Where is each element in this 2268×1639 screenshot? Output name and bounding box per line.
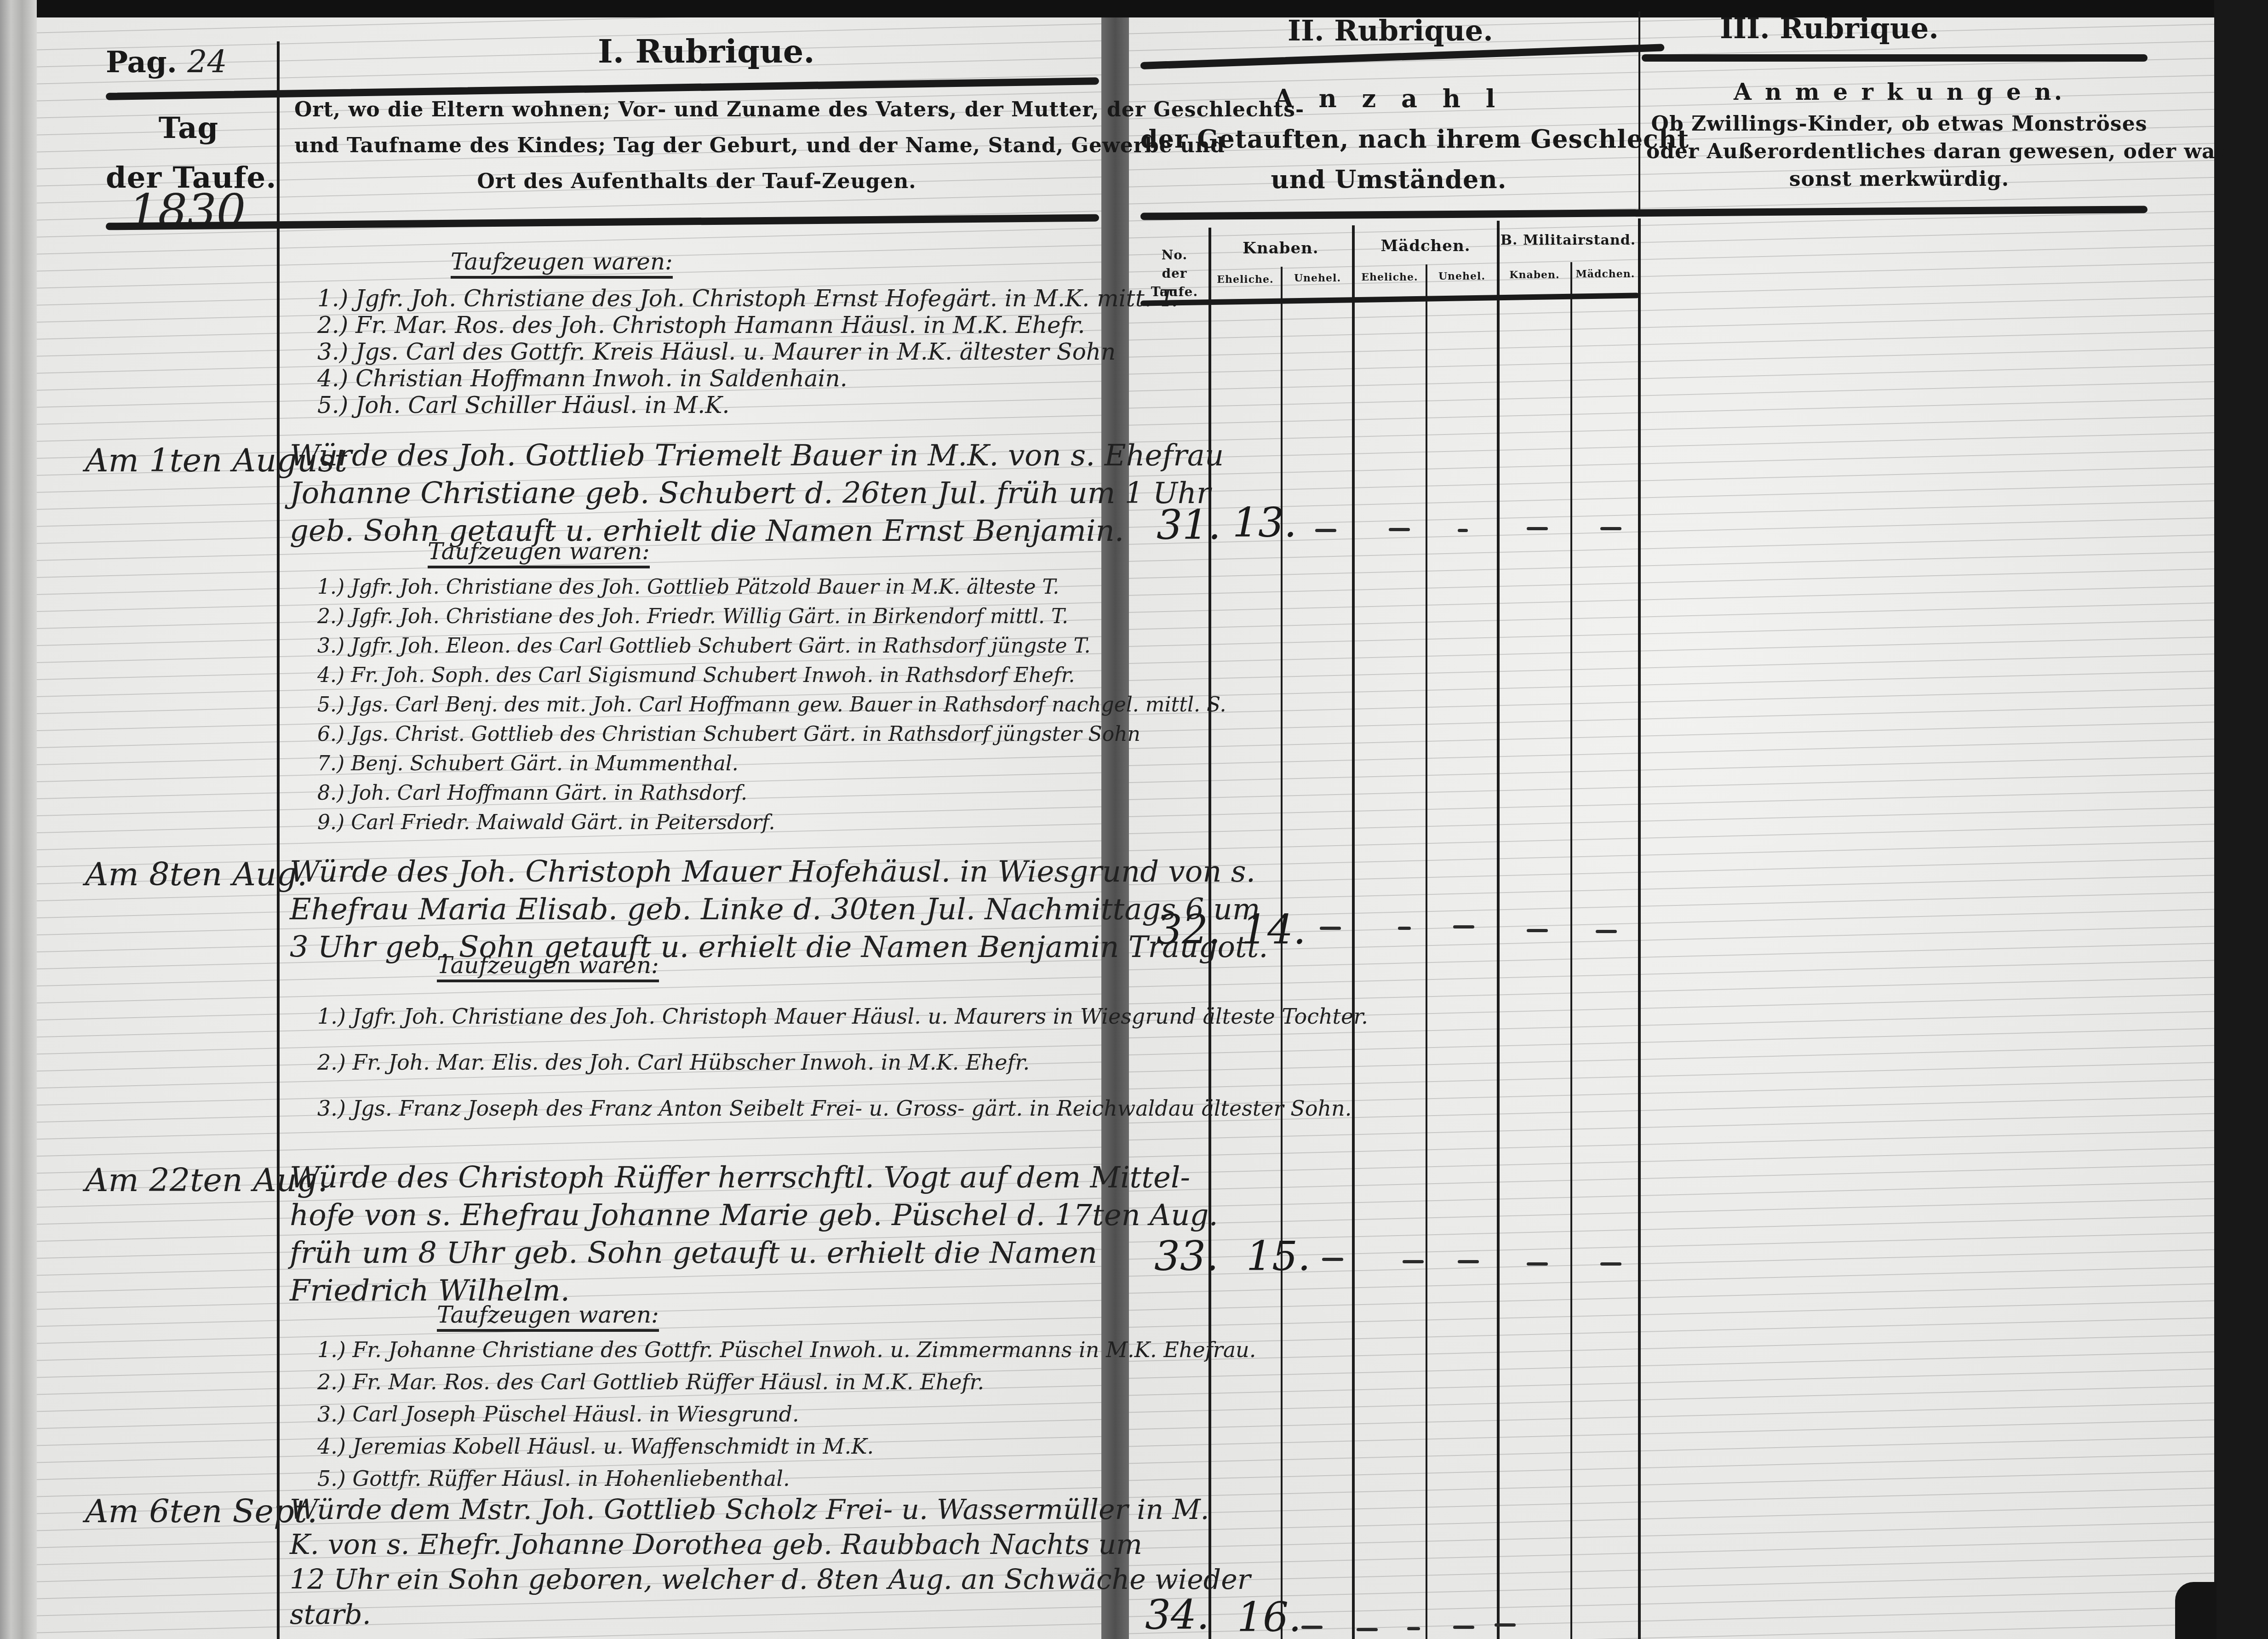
sponsor-item: 2.) Jgfr. Joh. Christiane des Joh. Fried…	[317, 602, 1226, 631]
sponsor-item: 3.) Jgs. Carl des Gottfr. Kreis Häusl. u…	[317, 338, 1178, 365]
header-line-3: Ort des Aufenthalts der Tauf-Zeugen.	[294, 164, 1099, 200]
page-damage	[2175, 1582, 2216, 1639]
empty-cell-mark	[1458, 1260, 1479, 1263]
empty-cell-mark	[1301, 1626, 1323, 1629]
baptism-number: 33.	[1154, 1232, 1219, 1280]
entry-text: Würde dem Mstr. Joh. Gottlieb Scholz Fre…	[290, 1492, 1250, 1632]
sponsor-item: 4.) Jeremias Kobell Häusl. u. Waffenschm…	[317, 1430, 1256, 1462]
empty-cell-mark	[1315, 529, 1336, 532]
sponsor-item: 8.) Joh. Carl Hoffmann Gärt. in Rathsdor…	[317, 779, 1226, 808]
empty-cell-mark	[1527, 929, 1548, 932]
sponsor-item: 1.) Jgfr. Joh. Christiane des Joh. Gottl…	[317, 573, 1226, 602]
empty-cell-mark	[1403, 1260, 1424, 1263]
empty-cell-mark	[1453, 925, 1474, 928]
sponsor-item: 5.) Jgs. Carl Benj. des mit. Joh. Carl H…	[317, 690, 1226, 720]
count-knaben-ehelich: 15.	[1246, 1232, 1311, 1280]
col-line-maedchen-split	[1426, 264, 1427, 1639]
header-knaben-eheliche: Eheliche.	[1210, 274, 1280, 286]
header-tag: Tag	[106, 103, 271, 153]
empty-cell-mark	[1398, 927, 1411, 930]
sponsor-item: 6.) Jgs. Christ. Gottlieb des Christian …	[317, 720, 1226, 749]
sponsor-item: 2.) Fr. Mar. Ros. des Joh. Christoph Ham…	[317, 312, 1178, 338]
col-line-militair-split	[1570, 262, 1572, 1639]
sponsor-item: 4.) Fr. Joh. Soph. des Carl Sigismund Sc…	[317, 661, 1226, 690]
empty-cell-mark	[1495, 1623, 1516, 1627]
sponsor-item: 4.) Christian Hoffmann Inwoh. in Saldenh…	[317, 365, 1178, 392]
sponsor-item: 3.) Carl Joseph Püschel Häusl. in Wiesgr…	[317, 1398, 1256, 1430]
empty-cell-mark	[1407, 1627, 1420, 1630]
entry-text: Würde des Christoph Rüffer herrschftl. V…	[290, 1159, 1218, 1310]
empty-cell-mark	[1600, 1262, 1621, 1266]
empty-cell-mark	[1600, 527, 1621, 530]
header-no: No.	[1140, 246, 1208, 264]
entry-line: Ehefrau Maria Elisab. geb. Linke d. 30te…	[290, 891, 1268, 928]
header-maedchen-eheliche: Eheliche.	[1355, 271, 1425, 283]
page-label: Pag. 24	[106, 44, 227, 80]
empty-cell-mark	[1527, 1262, 1548, 1266]
rubric-iii-line-3: oder Außerordentliches daran gewesen, od…	[1646, 138, 2152, 166]
baptism-number: 32.	[1157, 906, 1221, 953]
entry-line: Würde dem Mstr. Joh. Gottlieb Scholz Fre…	[290, 1492, 1250, 1527]
rubric-ii-line-3: und Umständen.	[1140, 159, 1637, 200]
sponsors-heading: Taufzeugen waren:	[428, 538, 650, 568]
col-line-militair	[1638, 218, 1641, 1639]
date-column-divider	[277, 41, 280, 1639]
rubric-i-title: I. Rubrique.	[598, 32, 815, 70]
baptism-number: 31.	[1157, 501, 1221, 549]
sponsor-list: 1.) Jgfr. Joh. Christiane des Joh. Chris…	[317, 285, 1178, 418]
scan-right-border	[2214, 0, 2268, 1639]
empty-cell-mark	[1458, 529, 1468, 532]
header-militair-knaben: Knaben.	[1499, 269, 1570, 281]
rubric-iii-line-2: Ob Zwillings-Kinder, ob etwas Monströses	[1646, 110, 2152, 138]
binding-edge	[0, 0, 37, 1639]
sponsors-heading: Taufzeugen waren:	[437, 1301, 659, 1332]
header-militair-maedchen: Mädchen.	[1573, 268, 1638, 280]
col-line-knaben	[1352, 225, 1355, 1639]
entry-date: Am 8ten Aug.	[85, 855, 307, 893]
header-taufe: Taufe.	[1140, 283, 1208, 301]
entry-line: früh um 8 Uhr geb. Sohn getauft u. erhie…	[290, 1234, 1218, 1272]
empty-cell-mark	[1596, 930, 1617, 933]
entry-line: hofe von s. Ehefrau Johanne Marie geb. P…	[290, 1197, 1218, 1234]
empty-cell-mark	[1322, 1258, 1343, 1261]
header-knaben: Knaben.	[1209, 239, 1352, 258]
header-maedchen: Mädchen.	[1354, 237, 1497, 255]
sponsor-item: 1.) Jgfr. Joh. Christiane des Joh. Chris…	[317, 285, 1178, 312]
entry-line: K. von s. Ehefr. Johanne Dorothea geb. R…	[290, 1527, 1250, 1562]
rubric-ii-title: II. Rubrique.	[1288, 14, 1493, 47]
sponsor-item: 5.) Gottfr. Rüffer Häusl. in Hohenlieben…	[317, 1462, 1256, 1495]
page-number: 24	[187, 44, 227, 80]
header-militairstand: B. Militairstand.	[1499, 232, 1637, 248]
rubric-iii-title: III. Rubrique.	[1720, 11, 1939, 45]
anzahl-title: A n z a h l	[1140, 78, 1637, 119]
sponsor-item: 9.) Carl Friedr. Maiwald Gärt. in Peiter…	[317, 808, 1226, 837]
sponsors-heading: Taufzeugen waren:	[437, 952, 659, 982]
right-page	[1129, 17, 2214, 1639]
count-knaben-ehelich: 16.	[1237, 1593, 1301, 1639]
sponsor-item: 1.) Fr. Johanne Christiane des Gottfr. P…	[317, 1334, 1256, 1366]
rubric-iii-rule	[1642, 54, 2148, 62]
header-line-2: und Taufname des Kindes; Tag der Geburt,…	[294, 128, 1099, 164]
entry-line: Johanne Christiane geb. Schubert d. 26te…	[290, 475, 1224, 512]
entry-line: 12 Uhr ein Sohn geboren, welcher d. 8ten…	[290, 1562, 1250, 1597]
page-label-text: Pag.	[106, 45, 177, 80]
entry-line: starb.	[290, 1597, 1250, 1632]
empty-cell-mark	[1527, 527, 1548, 530]
sponsor-item: 3.) Jgfr. Joh. Eleon. des Carl Gottlieb …	[317, 631, 1226, 661]
count-knaben-ehelich: 13.	[1232, 499, 1297, 546]
rubric-iii-header: A n m e r k u n g e n. Ob Zwillings-Kind…	[1646, 78, 2152, 193]
entry-date: Am 6ten Sept.	[85, 1492, 317, 1530]
details-column-header: Ort, wo die Eltern wohnen; Vor- und Zuna…	[294, 92, 1099, 200]
entry-text: Würde des Joh. Christoph Mauer Hofehäusl…	[290, 853, 1268, 966]
sponsor-item: 2.) Fr. Mar. Ros. des Carl Gottlieb Rüff…	[317, 1366, 1256, 1398]
sponsor-list: 1.) Fr. Johanne Christiane des Gottfr. P…	[317, 1334, 1256, 1495]
rubric-iii-line-4: sonst merkwürdig.	[1646, 166, 2152, 193]
rubric-ii-line-2: der Getauften, nach ihrem Geschlecht	[1140, 119, 1637, 159]
entry-line: Würde des Joh. Gottlieb Triemelt Bauer i…	[290, 437, 1224, 475]
entry-line: Würde des Joh. Christoph Mauer Hofehäusl…	[290, 853, 1268, 891]
rubric-ii-header: A n z a h l der Getauften, nach ihrem Ge…	[1140, 78, 1637, 200]
entry-text: Würde des Joh. Gottlieb Triemelt Bauer i…	[290, 437, 1224, 550]
count-knaben-ehelich: 14.	[1242, 906, 1306, 953]
anmerkungen-title: A n m e r k u n g e n.	[1646, 78, 2152, 106]
empty-cell-mark	[1320, 927, 1341, 930]
sponsor-item: 7.) Benj. Schubert Gärt. in Mummenthal.	[317, 749, 1226, 779]
sponsors-heading: Taufzeugen waren:	[451, 248, 673, 279]
baptism-number: 34.	[1145, 1591, 1209, 1639]
header-knaben-unehel: Unehel.	[1283, 272, 1352, 284]
header-maedchen-unehel: Unehel.	[1427, 270, 1496, 282]
entry-line: Würde des Christoph Rüffer herrschftl. V…	[290, 1159, 1218, 1197]
header-line-1: Ort, wo die Eltern wohnen; Vor- und Zuna…	[294, 92, 1099, 128]
col-line-maedchen	[1497, 221, 1500, 1639]
empty-cell-mark	[1357, 1628, 1378, 1631]
rubric-divider	[1638, 11, 1640, 214]
header-der: der	[1140, 264, 1208, 283]
empty-cell-mark	[1389, 528, 1410, 531]
sponsor-item: 5.) Joh. Carl Schiller Häusl. in M.K.	[317, 392, 1178, 418]
entry-line: Friedrich Wilhelm.	[290, 1272, 1218, 1310]
sponsor-list: 1.) Jgfr. Joh. Christiane des Joh. Gottl…	[317, 573, 1226, 837]
empty-cell-mark	[1453, 1626, 1474, 1629]
header-no-der-taufe: No. der Taufe.	[1140, 246, 1208, 301]
